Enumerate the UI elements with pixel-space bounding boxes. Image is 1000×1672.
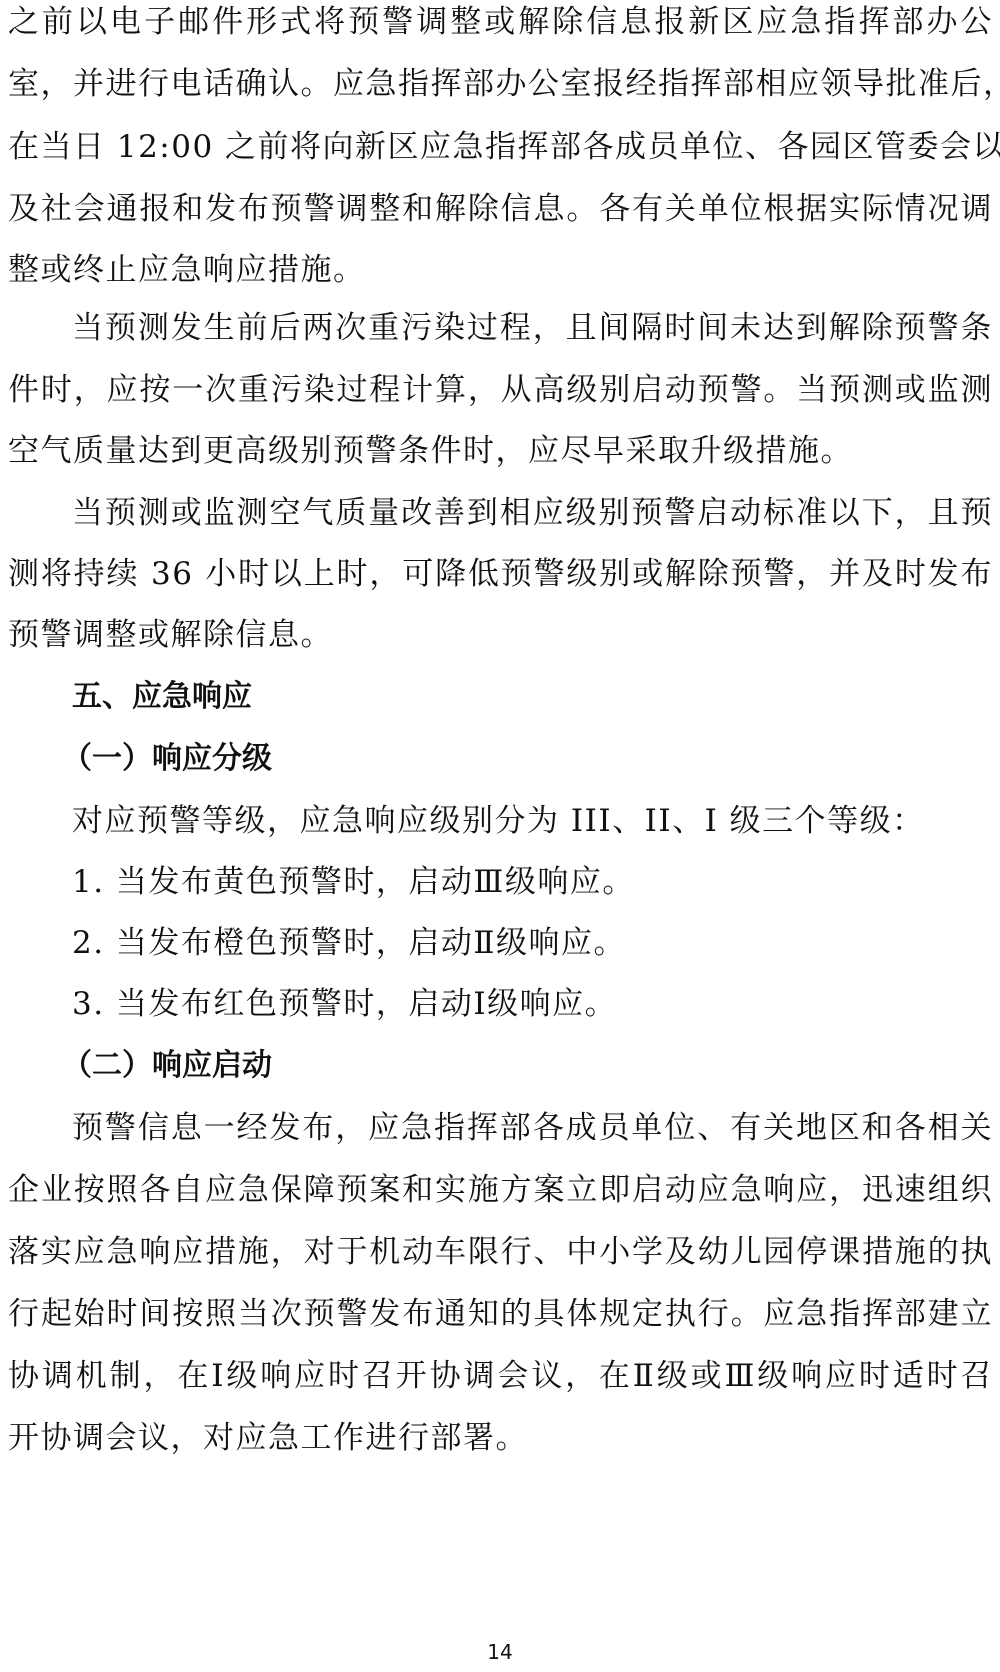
paragraph-line: 开协调会议，对应急工作进行部署。 bbox=[8, 1418, 993, 1458]
paragraph-line: 企业按照各自应急保障预案和实施方案立即启动应急响应，迅速组织 bbox=[8, 1170, 993, 1210]
paragraph-line: 当预测或监测空气质量改善到相应级别预警启动标准以下，且预 bbox=[72, 493, 993, 533]
paragraph-line: 测将持续 36 小时以上时，可降低预警级别或解除预警，并及时发布 bbox=[8, 554, 993, 594]
subsection-heading: （二）响应启动 bbox=[62, 1046, 1000, 1086]
paragraph-line: 协调机制，在Ⅰ级响应时召开协调会议，在Ⅱ级或Ⅲ级响应时适时召 bbox=[8, 1356, 993, 1396]
paragraph-line: 及社会通报和发布预警调整和解除信息。各有关单位根据实际情况调 bbox=[8, 189, 993, 229]
paragraph-line: 室，并进行电话确认。应急指挥部办公室报经指挥部相应领导批准后， bbox=[8, 64, 993, 104]
paragraph-line: 当预测发生前后两次重污染过程，且间隔时间未达到解除预警条 bbox=[72, 308, 993, 348]
paragraph-line: 行起始时间按照当次预警发布通知的具体规定执行。应急指挥部建立 bbox=[8, 1294, 993, 1334]
paragraph-line: 预警调整或解除信息。 bbox=[8, 615, 993, 655]
paragraph-line: 在当日 12:00 之前将向新区应急指挥部各成员单位、各园区管委会以 bbox=[8, 127, 993, 167]
subsection-heading: （一）响应分级 bbox=[62, 739, 1000, 779]
list-item: 2. 当发布橙色预警时，启动Ⅱ级响应。 bbox=[72, 923, 993, 963]
list-item: 1. 当发布黄色预警时，启动Ⅲ级响应。 bbox=[72, 862, 993, 902]
paragraph-line: 对应预警等级，应急响应级别分为 III、II、I 级三个等级： bbox=[72, 801, 993, 841]
paragraph-line: 预警信息一经发布，应急指挥部各成员单位、有关地区和各相关 bbox=[72, 1108, 993, 1148]
paragraph-line: 空气质量达到更高级别预警条件时，应尽早采取升级措施。 bbox=[8, 431, 993, 471]
paragraph-line: 整或终止应急响应措施。 bbox=[8, 250, 993, 290]
paragraph-line: 之前以电子邮件形式将预警调整或解除信息报新区应急指挥部办公 bbox=[8, 2, 993, 42]
paragraph-line: 落实应急响应措施，对于机动车限行、中小学及幼儿园停课措施的执 bbox=[8, 1232, 993, 1272]
list-item: 3. 当发布红色预警时，启动Ⅰ级响应。 bbox=[72, 984, 993, 1024]
section-heading: 五、应急响应 bbox=[72, 677, 1000, 717]
page-number: 14 bbox=[0, 1640, 1000, 1664]
paragraph-line: 件时，应按一次重污染过程计算，从高级别启动预警。当预测或监测 bbox=[8, 370, 993, 410]
